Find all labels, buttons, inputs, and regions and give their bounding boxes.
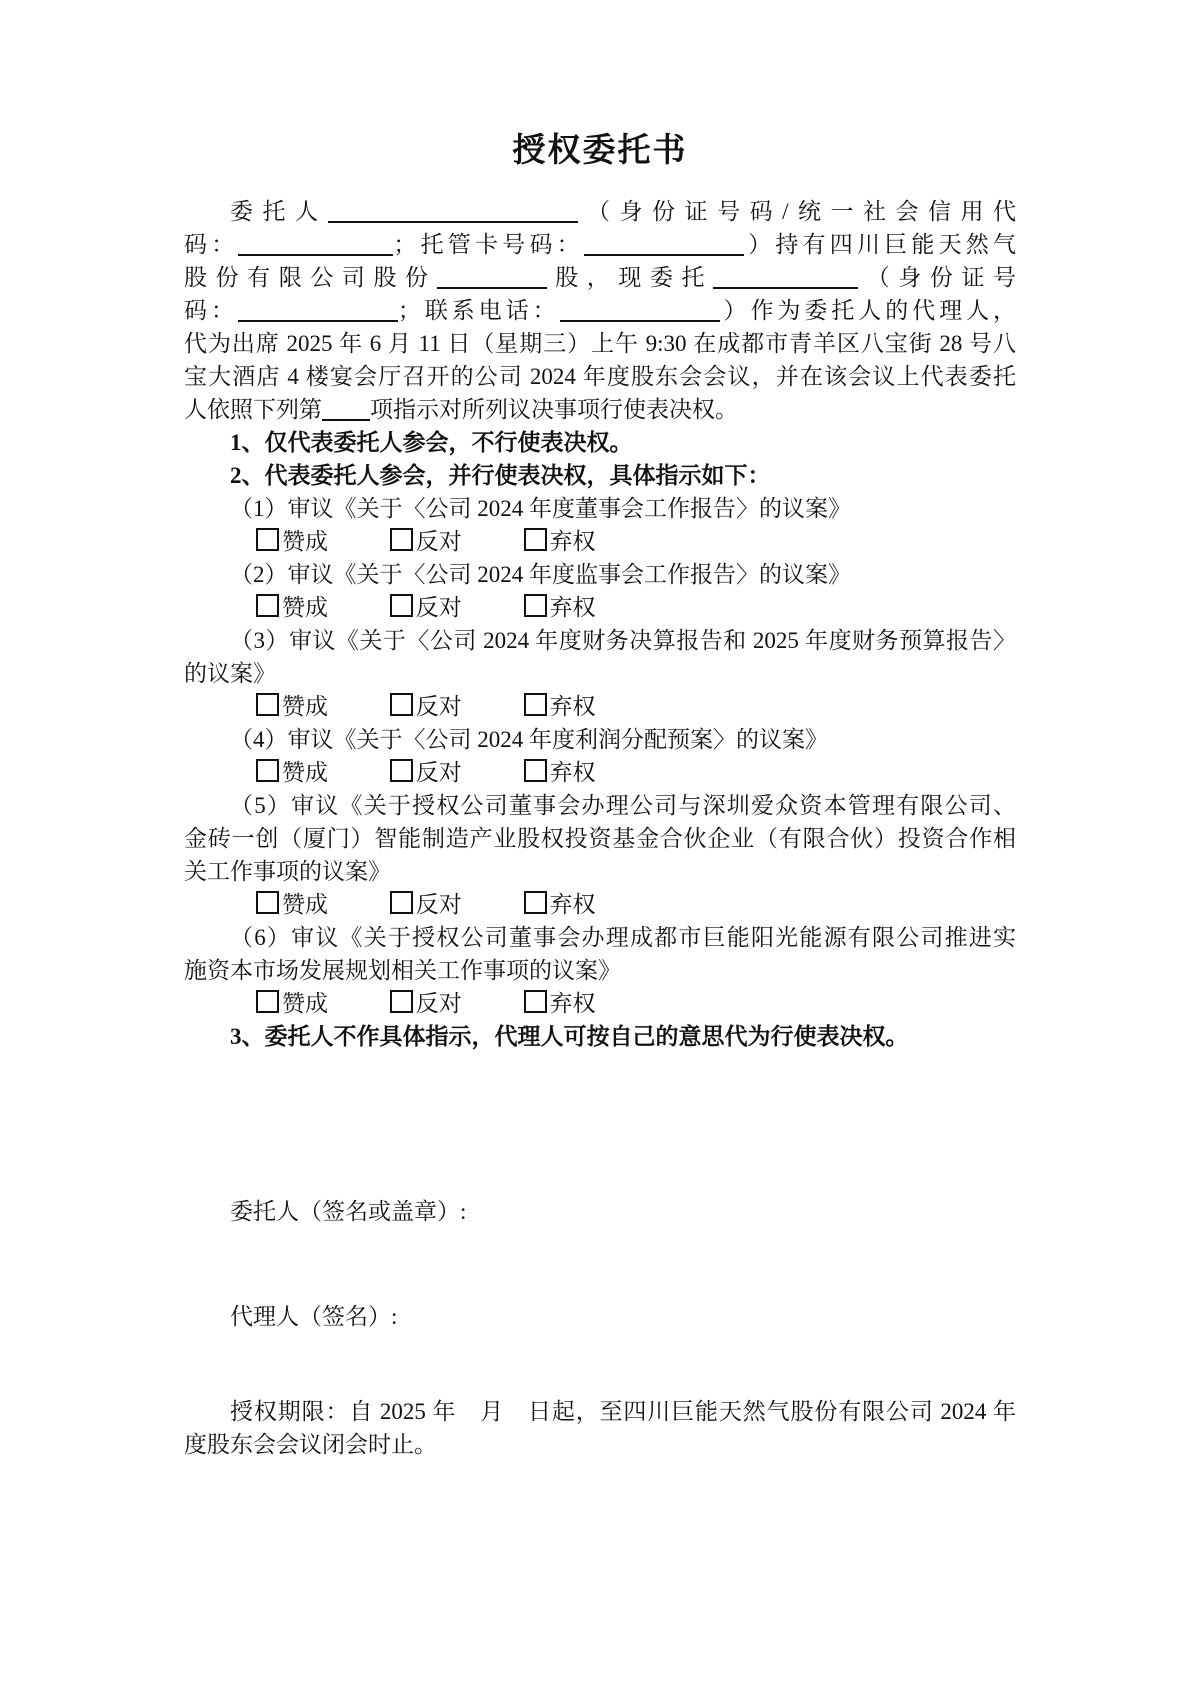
principal-signature-label: 委托人（签名或盖章）: (184, 1195, 1016, 1228)
oppose-checkbox[interactable] (390, 990, 413, 1013)
intro-line-5: 代为出席 2025 年 6 月 11 日（星期三）上午 9:30 在成都市青羊区… (184, 327, 1016, 360)
instruction-option-2: 2、代表委托人参会，并行使表决权，具体指示如下： (184, 459, 1016, 492)
abstain-label: 弃权 (550, 595, 596, 620)
intro-line-3-text-a: 股份有限公司股份 (184, 265, 437, 290)
oppose-label: 反对 (416, 595, 462, 620)
vote-option-abstain: 弃权 (524, 756, 596, 789)
vote-option-approve: 赞成 (256, 690, 328, 723)
intro-line-1-text-b: （身份证号码/统一社会信用代 (578, 199, 1016, 224)
intro-line-2-text-b: ；托管卡号码： (393, 232, 583, 257)
approve-checkbox[interactable] (256, 528, 279, 551)
proposal-4-vote-row: 赞成 反对 弃权 (184, 756, 1016, 789)
oppose-label: 反对 (416, 760, 462, 785)
intro-line-1: 委托人（身份证号码/统一社会信用代 (184, 195, 1016, 228)
oppose-label: 反对 (416, 529, 462, 554)
oppose-checkbox[interactable] (390, 594, 413, 617)
abstain-label: 弃权 (550, 892, 596, 917)
vote-option-abstain: 弃权 (524, 888, 596, 921)
approve-label: 赞成 (282, 892, 328, 917)
proposal-3-line-1: （3）审议《关于〈公司 2024 年度财务决算报告和 2025 年度财务预算报告… (184, 624, 1016, 657)
oppose-checkbox[interactable] (390, 693, 413, 716)
id-or-credit-code-blank[interactable] (238, 232, 393, 256)
proposal-1-vote-row: 赞成 反对 弃权 (184, 525, 1016, 558)
intro-line-2-text-c: ）持有四川巨能天然气 (744, 232, 1016, 257)
vote-option-approve: 赞成 (256, 888, 328, 921)
custody-card-number-blank[interactable] (584, 232, 744, 256)
vote-option-oppose: 反对 (390, 525, 462, 558)
intro-line-1-text-a: 委托人 (230, 199, 328, 224)
abstain-checkbox[interactable] (524, 891, 547, 914)
intro-line-4-text-a: 码： (184, 298, 238, 323)
vote-option-oppose: 反对 (390, 756, 462, 789)
document-content: 授权委托书 委托人（身份证号码/统一社会信用代 码：；托管卡号码：）持有四川巨能… (184, 0, 1016, 1461)
vote-option-abstain: 弃权 (524, 690, 596, 723)
proposal-3-vote-row: 赞成 反对 弃权 (184, 690, 1016, 723)
oppose-checkbox[interactable] (390, 759, 413, 782)
abstain-label: 弃权 (550, 991, 596, 1016)
proposal-5-line-3: 关工作事项的议案》 (184, 855, 1016, 888)
intro-line-7: 人依照下列第项指示对所列议决事项行使表决权。 (184, 393, 1016, 426)
proposal-5-line-1: （5）审议《关于授权公司董事会办理公司与深圳爱众资本管理有限公司、 (184, 789, 1016, 822)
proposal-6-line-1: （6）审议《关于授权公司董事会办理成都市巨能阳光能源有限公司推进实 (184, 921, 1016, 954)
vote-option-approve: 赞成 (256, 987, 328, 1020)
agent-id-number-blank[interactable] (238, 298, 398, 322)
approve-checkbox[interactable] (256, 891, 279, 914)
abstain-checkbox[interactable] (524, 528, 547, 551)
agent-signature-label: 代理人（签名）: (184, 1300, 1016, 1333)
proposal-5-line-2: 金砖一创（厦门）智能制造产业股权投资基金合伙企业（有限合伙）投资合作相 (184, 822, 1016, 855)
approve-label: 赞成 (282, 991, 328, 1016)
proposal-6-line-2: 施资本市场发展规划相关工作事项的议案》 (184, 954, 1016, 987)
intro-line-3: 股份有限公司股份股，现委托（身份证号 (184, 261, 1016, 294)
vote-option-approve: 赞成 (256, 591, 328, 624)
authorization-period-line-2: 度股东会会议闭会时止。 (184, 1428, 1016, 1461)
oppose-checkbox[interactable] (390, 891, 413, 914)
approve-label: 赞成 (282, 760, 328, 785)
agent-name-blank[interactable] (713, 265, 858, 289)
proposal-3-line-2: 的议案》 (184, 657, 1016, 690)
abstain-label: 弃权 (550, 760, 596, 785)
approve-checkbox[interactable] (256, 594, 279, 617)
authorization-period-line-1: 授权期限：自 2025 年 月 日起，至四川巨能天然气股份有限公司 2024 年 (184, 1395, 1016, 1428)
proposal-5-vote-row: 赞成 反对 弃权 (184, 888, 1016, 921)
abstain-checkbox[interactable] (524, 990, 547, 1013)
oppose-label: 反对 (416, 892, 462, 917)
instruction-item-number-blank[interactable] (322, 397, 370, 421)
intro-line-7-text-b: 项指示对所列议决事项行使表决权。 (370, 397, 738, 422)
contact-phone-blank[interactable] (560, 298, 720, 322)
instruction-option-3: 3、委托人不作具体指示，代理人可按自己的意思代为行使表决权。 (184, 1020, 1016, 1053)
vote-option-abstain: 弃权 (524, 591, 596, 624)
proposal-6-vote-row: 赞成 反对 弃权 (184, 987, 1016, 1020)
document-title: 授权委托书 (184, 0, 1016, 195)
intro-line-3-text-b: 股，现委托 (547, 265, 713, 290)
proposal-2-vote-row: 赞成 反对 弃权 (184, 591, 1016, 624)
vote-option-abstain: 弃权 (524, 525, 596, 558)
vote-option-approve: 赞成 (256, 756, 328, 789)
approve-label: 赞成 (282, 595, 328, 620)
approve-checkbox[interactable] (256, 759, 279, 782)
intro-line-6: 宝大酒店 4 楼宴会厅召开的公司 2024 年度股东会会议，并在该会议上代表委托 (184, 360, 1016, 393)
vote-option-oppose: 反对 (390, 987, 462, 1020)
intro-line-4: 码：；联系电话：）作为委托人的代理人， (184, 294, 1016, 327)
vote-option-oppose: 反对 (390, 591, 462, 624)
proposal-1-line-1: （1）审议《关于〈公司 2024 年度董事会工作报告〉的议案》 (184, 492, 1016, 525)
abstain-label: 弃权 (550, 694, 596, 719)
approve-checkbox[interactable] (256, 990, 279, 1013)
intro-line-2-text-a: 码： (184, 232, 238, 257)
abstain-checkbox[interactable] (524, 594, 547, 617)
approve-label: 赞成 (282, 694, 328, 719)
abstain-checkbox[interactable] (524, 759, 547, 782)
intro-line-4-text-c: ）作为委托人的代理人， (720, 298, 1016, 323)
vote-option-oppose: 反对 (390, 888, 462, 921)
principal-name-blank[interactable] (328, 199, 578, 223)
abstain-checkbox[interactable] (524, 693, 547, 716)
instruction-option-1: 1、仅代表委托人参会，不行使表决权。 (184, 426, 1016, 459)
proposal-2-line-1: （2）审议《关于〈公司 2024 年度监事会工作报告〉的议案》 (184, 558, 1016, 591)
abstain-label: 弃权 (550, 529, 596, 554)
intro-line-7-text-a: 人依照下列第 (184, 397, 322, 422)
share-count-blank[interactable] (437, 265, 547, 289)
intro-line-4-text-b: ；联系电话： (398, 298, 560, 323)
approve-label: 赞成 (282, 529, 328, 554)
approve-checkbox[interactable] (256, 693, 279, 716)
oppose-label: 反对 (416, 694, 462, 719)
oppose-label: 反对 (416, 991, 462, 1016)
vote-option-approve: 赞成 (256, 525, 328, 558)
oppose-checkbox[interactable] (390, 528, 413, 551)
proxy-document-page: 授权委托书 委托人（身份证号码/统一社会信用代 码：；托管卡号码：）持有四川巨能… (0, 0, 1200, 1697)
vote-option-abstain: 弃权 (524, 987, 596, 1020)
proposal-4-line-1: （4）审议《关于〈公司 2024 年度利润分配预案〉的议案》 (184, 723, 1016, 756)
intro-line-3-text-c: （身份证号 (858, 265, 1016, 290)
intro-line-2: 码：；托管卡号码：）持有四川巨能天然气 (184, 228, 1016, 261)
vote-option-oppose: 反对 (390, 690, 462, 723)
